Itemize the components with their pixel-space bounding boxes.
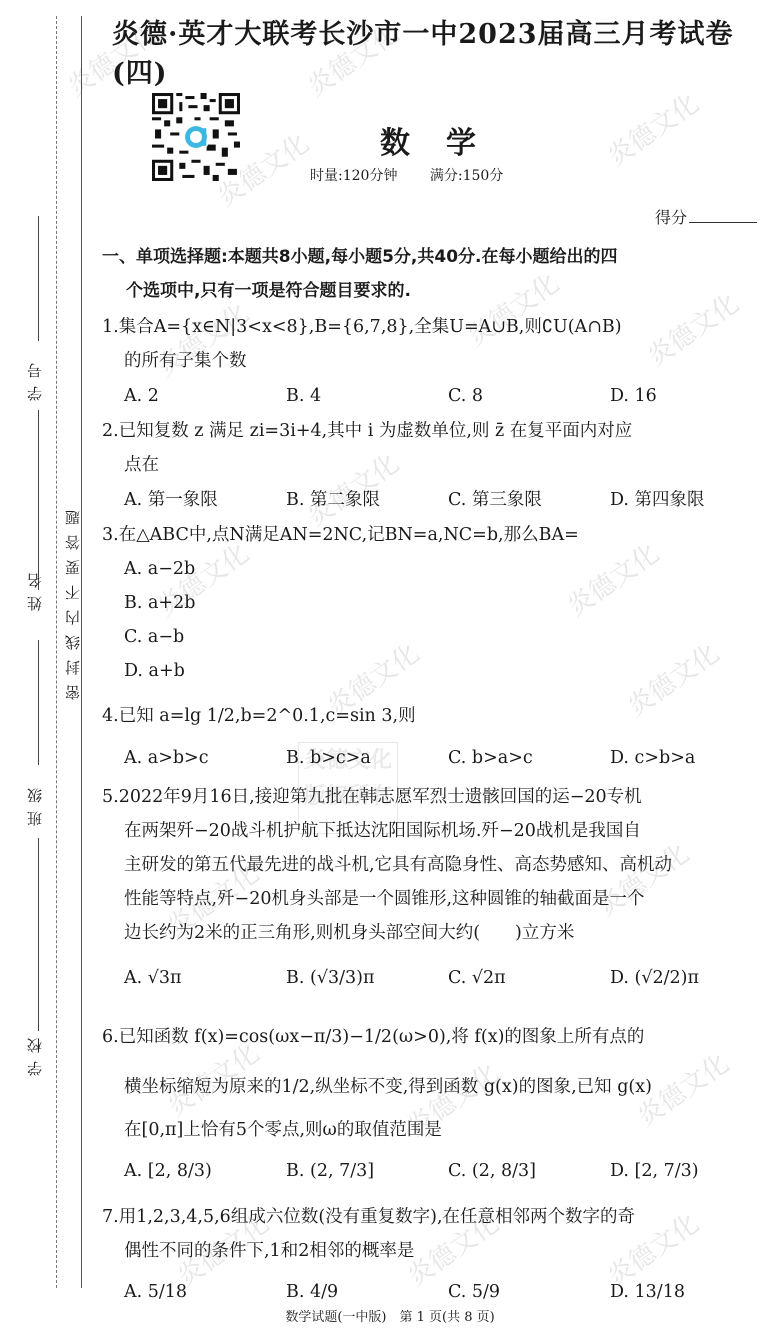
time-limit: 时量:120分钟 <box>310 168 397 184</box>
school-blank[interactable] <box>38 838 39 1031</box>
question-1: 1.集合A={x∈N|3<x<8},B={6,7,8},全集U=A∪B,则∁U(… <box>102 310 772 414</box>
option-a[interactable]: A. √3π <box>124 954 286 1002</box>
school-label: 学校 <box>24 1030 45 1076</box>
question-text: 边长约为2米的正三角形,则机身头部空间大约( )立方米 <box>102 916 772 950</box>
option-d[interactable]: D. c>b>a <box>610 740 772 776</box>
option-d[interactable]: D. [2, 7/3) <box>610 1148 772 1194</box>
option-b[interactable]: B. a+2b <box>124 586 460 620</box>
option-c[interactable]: C. b>a>c <box>448 740 610 776</box>
student-id-blank[interactable] <box>38 216 39 341</box>
option-b[interactable]: B. (√3/3)π <box>286 954 448 1002</box>
exam-title: 炎德·英才大联考长沙市一中2023届高三月考试卷(四) <box>112 12 780 90</box>
option-d[interactable]: D. 16 <box>610 378 772 414</box>
question-number: 3. <box>102 525 119 545</box>
exam-content: 一、单项选择题:本题共8小题,每小题5分,共40分.在每小题给出的四 个选项中,… <box>102 240 772 1316</box>
question-text: 1.集合A={x∈N|3<x<8},B={6,7,8},全集U=A∪B,则∁U(… <box>102 310 772 344</box>
question-line: 已知复数 z 满足 zi=3i+4,其中 i 为虚数单位,则 z̄ 在复平面内对… <box>119 421 633 441</box>
option-a[interactable]: A. 5/18 <box>124 1268 286 1316</box>
option-a[interactable]: A. 第一象限 <box>124 482 286 518</box>
full-score: 满分:150分 <box>430 168 503 184</box>
option-b[interactable]: B. b>c>a <box>286 740 448 776</box>
option-a[interactable]: A. 2 <box>124 378 286 414</box>
qr-code-icon[interactable] <box>152 93 240 181</box>
option-c[interactable]: C. 8 <box>448 378 610 414</box>
question-4: 4.已知 a=lg 1/2,b=2^0.1,c=sin 3,则 A. a>b>c… <box>102 696 772 776</box>
option-c[interactable]: C. (2, 8/3] <box>448 1148 610 1194</box>
name-label: 姓名 <box>24 565 45 611</box>
exam-meta: 时量:120分钟 满分:150分 <box>310 165 531 185</box>
options: A. a>b>c B. b>c>a C. b>a>c D. c>b>a <box>102 740 772 776</box>
name-blank[interactable] <box>38 410 39 590</box>
option-d[interactable]: D. 13/18 <box>610 1268 772 1316</box>
question-text: 7.用1,2,3,4,5,6组成六位数(没有重复数字),在任意相邻两个数字的奇 <box>102 1200 772 1234</box>
question-number: 1. <box>102 317 119 337</box>
option-b[interactable]: B. 4/9 <box>286 1268 448 1316</box>
question-text: 点在 <box>102 448 772 482</box>
question-7: 7.用1,2,3,4,5,6组成六位数(没有重复数字),在任意相邻两个数字的奇 … <box>102 1200 772 1316</box>
option-c[interactable]: C. 第三象限 <box>448 482 610 518</box>
option-b[interactable]: B. (2, 7/3] <box>286 1148 448 1194</box>
score-label: 得分 <box>655 208 687 227</box>
question-text: 性能等特点,歼−20机身头部是一个圆锥形,这种圆锥的轴截面是一个 <box>102 882 772 916</box>
question-text: 3.在△ABC中,点N满足AN=2NC,记BN=a,NC=b,那么BA= <box>102 518 772 552</box>
question-text: 2.已知复数 z 满足 zi=3i+4,其中 i 为虚数单位,则 z̄ 在复平面… <box>102 414 772 448</box>
student-id-label: 学号 <box>24 355 45 401</box>
option-c[interactable]: C. √2π <box>448 954 610 1002</box>
question-5: 5.2022年9月16日,接迎第九批在韩志愿军烈士遗骸回国的运−20专机 在两架… <box>102 780 772 1002</box>
question-number: 7. <box>102 1207 119 1227</box>
question-6: 6.已知函数 f(x)=cos(ωx−π/3)−1/2(ω>0),将 f(x)的… <box>102 1012 772 1194</box>
seal-dotted-line <box>56 16 57 1288</box>
question-number: 2. <box>102 421 119 441</box>
section-header: 一、单项选择题:本题共8小题,每小题5分,共40分.在每小题给出的四 个选项中,… <box>102 240 772 308</box>
option-a[interactable]: A. [2, 8/3) <box>124 1148 286 1194</box>
question-text: 6.已知函数 f(x)=cos(ωx−π/3)−1/2(ω>0),将 f(x)的… <box>102 1012 772 1062</box>
options: A. √3π B. (√3/3)π C. √2π D. (√2/2)π <box>102 954 772 1002</box>
question-line: 2022年9月16日,接迎第九批在韩志愿军烈士遗骸回国的运−20专机 <box>119 787 642 807</box>
question-text: 4.已知 a=lg 1/2,b=2^0.1,c=sin 3,则 <box>102 696 772 736</box>
question-text: 在[0,π]上恰有5个零点,则ω的取值范围是 <box>102 1112 772 1148</box>
watermark: 炎德文化 <box>599 84 705 174</box>
question-line: 已知函数 f(x)=cos(ωx−π/3)−1/2(ω>0),将 f(x)的图象… <box>119 1027 645 1047</box>
question-text: 横坐标缩短为原来的1/2,纵坐标不变,得到函数 g(x)的图象,已知 g(x) <box>102 1062 772 1112</box>
question-line: 在△ABC中,点N满足AN=2NC,记BN=a,NC=b,那么BA= <box>119 525 579 545</box>
question-line: 用1,2,3,4,5,6组成六位数(没有重复数字),在任意相邻两个数字的奇 <box>119 1207 635 1227</box>
question-number: 4. <box>102 706 119 726</box>
score-blank[interactable] <box>689 222 757 223</box>
options: A. 第一象限 B. 第二象限 C. 第三象限 D. 第四象限 <box>102 482 772 518</box>
question-text: 的所有子集个数 <box>102 344 772 378</box>
subject-title: 数学 <box>380 118 512 162</box>
option-d[interactable]: D. 第四象限 <box>610 482 772 518</box>
option-c[interactable]: C. 5/9 <box>448 1268 610 1316</box>
question-number: 6. <box>102 1027 119 1047</box>
score-field: 得分 <box>655 205 757 228</box>
option-a[interactable]: A. a>b>c <box>124 740 286 776</box>
class-label: 班级 <box>24 780 45 826</box>
question-2: 2.已知复数 z 满足 zi=3i+4,其中 i 为虚数单位,则 z̄ 在复平面… <box>102 414 772 518</box>
option-c[interactable]: C. a−b <box>124 620 460 654</box>
question-text: 在两架歼−20战斗机护航下抵达沈阳国际机场.歼−20战机是我国自 <box>102 814 772 848</box>
option-d[interactable]: D. (√2/2)π <box>610 954 772 1002</box>
question-line: 集合A={x∈N|3<x<8},B={6,7,8},全集U=A∪B,则∁U(A∩… <box>119 317 622 337</box>
section-title-line: 一、单项选择题:本题共8小题,每小题5分,共40分.在每小题给出的四 <box>102 240 772 274</box>
question-text: 主研发的第五代最先进的战斗机,它具有高隐身性、高态势感知、高机动 <box>102 848 772 882</box>
options: A. [2, 8/3) B. (2, 7/3] C. (2, 8/3] D. [… <box>102 1148 772 1194</box>
option-a[interactable]: A. a−2b <box>124 552 460 586</box>
option-b[interactable]: B. 4 <box>286 378 448 414</box>
options: A. 5/18 B. 4/9 C. 5/9 D. 13/18 <box>102 1268 772 1316</box>
question-text: 5.2022年9月16日,接迎第九批在韩志愿军烈士遗骸回国的运−20专机 <box>102 780 772 814</box>
class-blank[interactable] <box>38 640 39 765</box>
question-number: 5. <box>102 787 119 807</box>
options: A. a−2b B. a+2b C. a−b D. a+b <box>102 552 772 688</box>
question-line: 已知 a=lg 1/2,b=2^0.1,c=sin 3,则 <box>119 706 416 726</box>
question-3: 3.在△ABC中,点N满足AN=2NC,记BN=a,NC=b,那么BA= A. … <box>102 518 772 688</box>
option-d[interactable]: D. a+b <box>124 654 460 688</box>
question-text: 偶性不同的条件下,1和2相邻的概率是 <box>102 1234 772 1268</box>
options: A. 2 B. 4 C. 8 D. 16 <box>102 378 772 414</box>
option-b[interactable]: B. 第二象限 <box>286 482 448 518</box>
section-title-line: 个选项中,只有一项是符合题目要求的. <box>102 274 772 308</box>
seal-warning-text: 密封线内不要答题 <box>62 500 83 700</box>
